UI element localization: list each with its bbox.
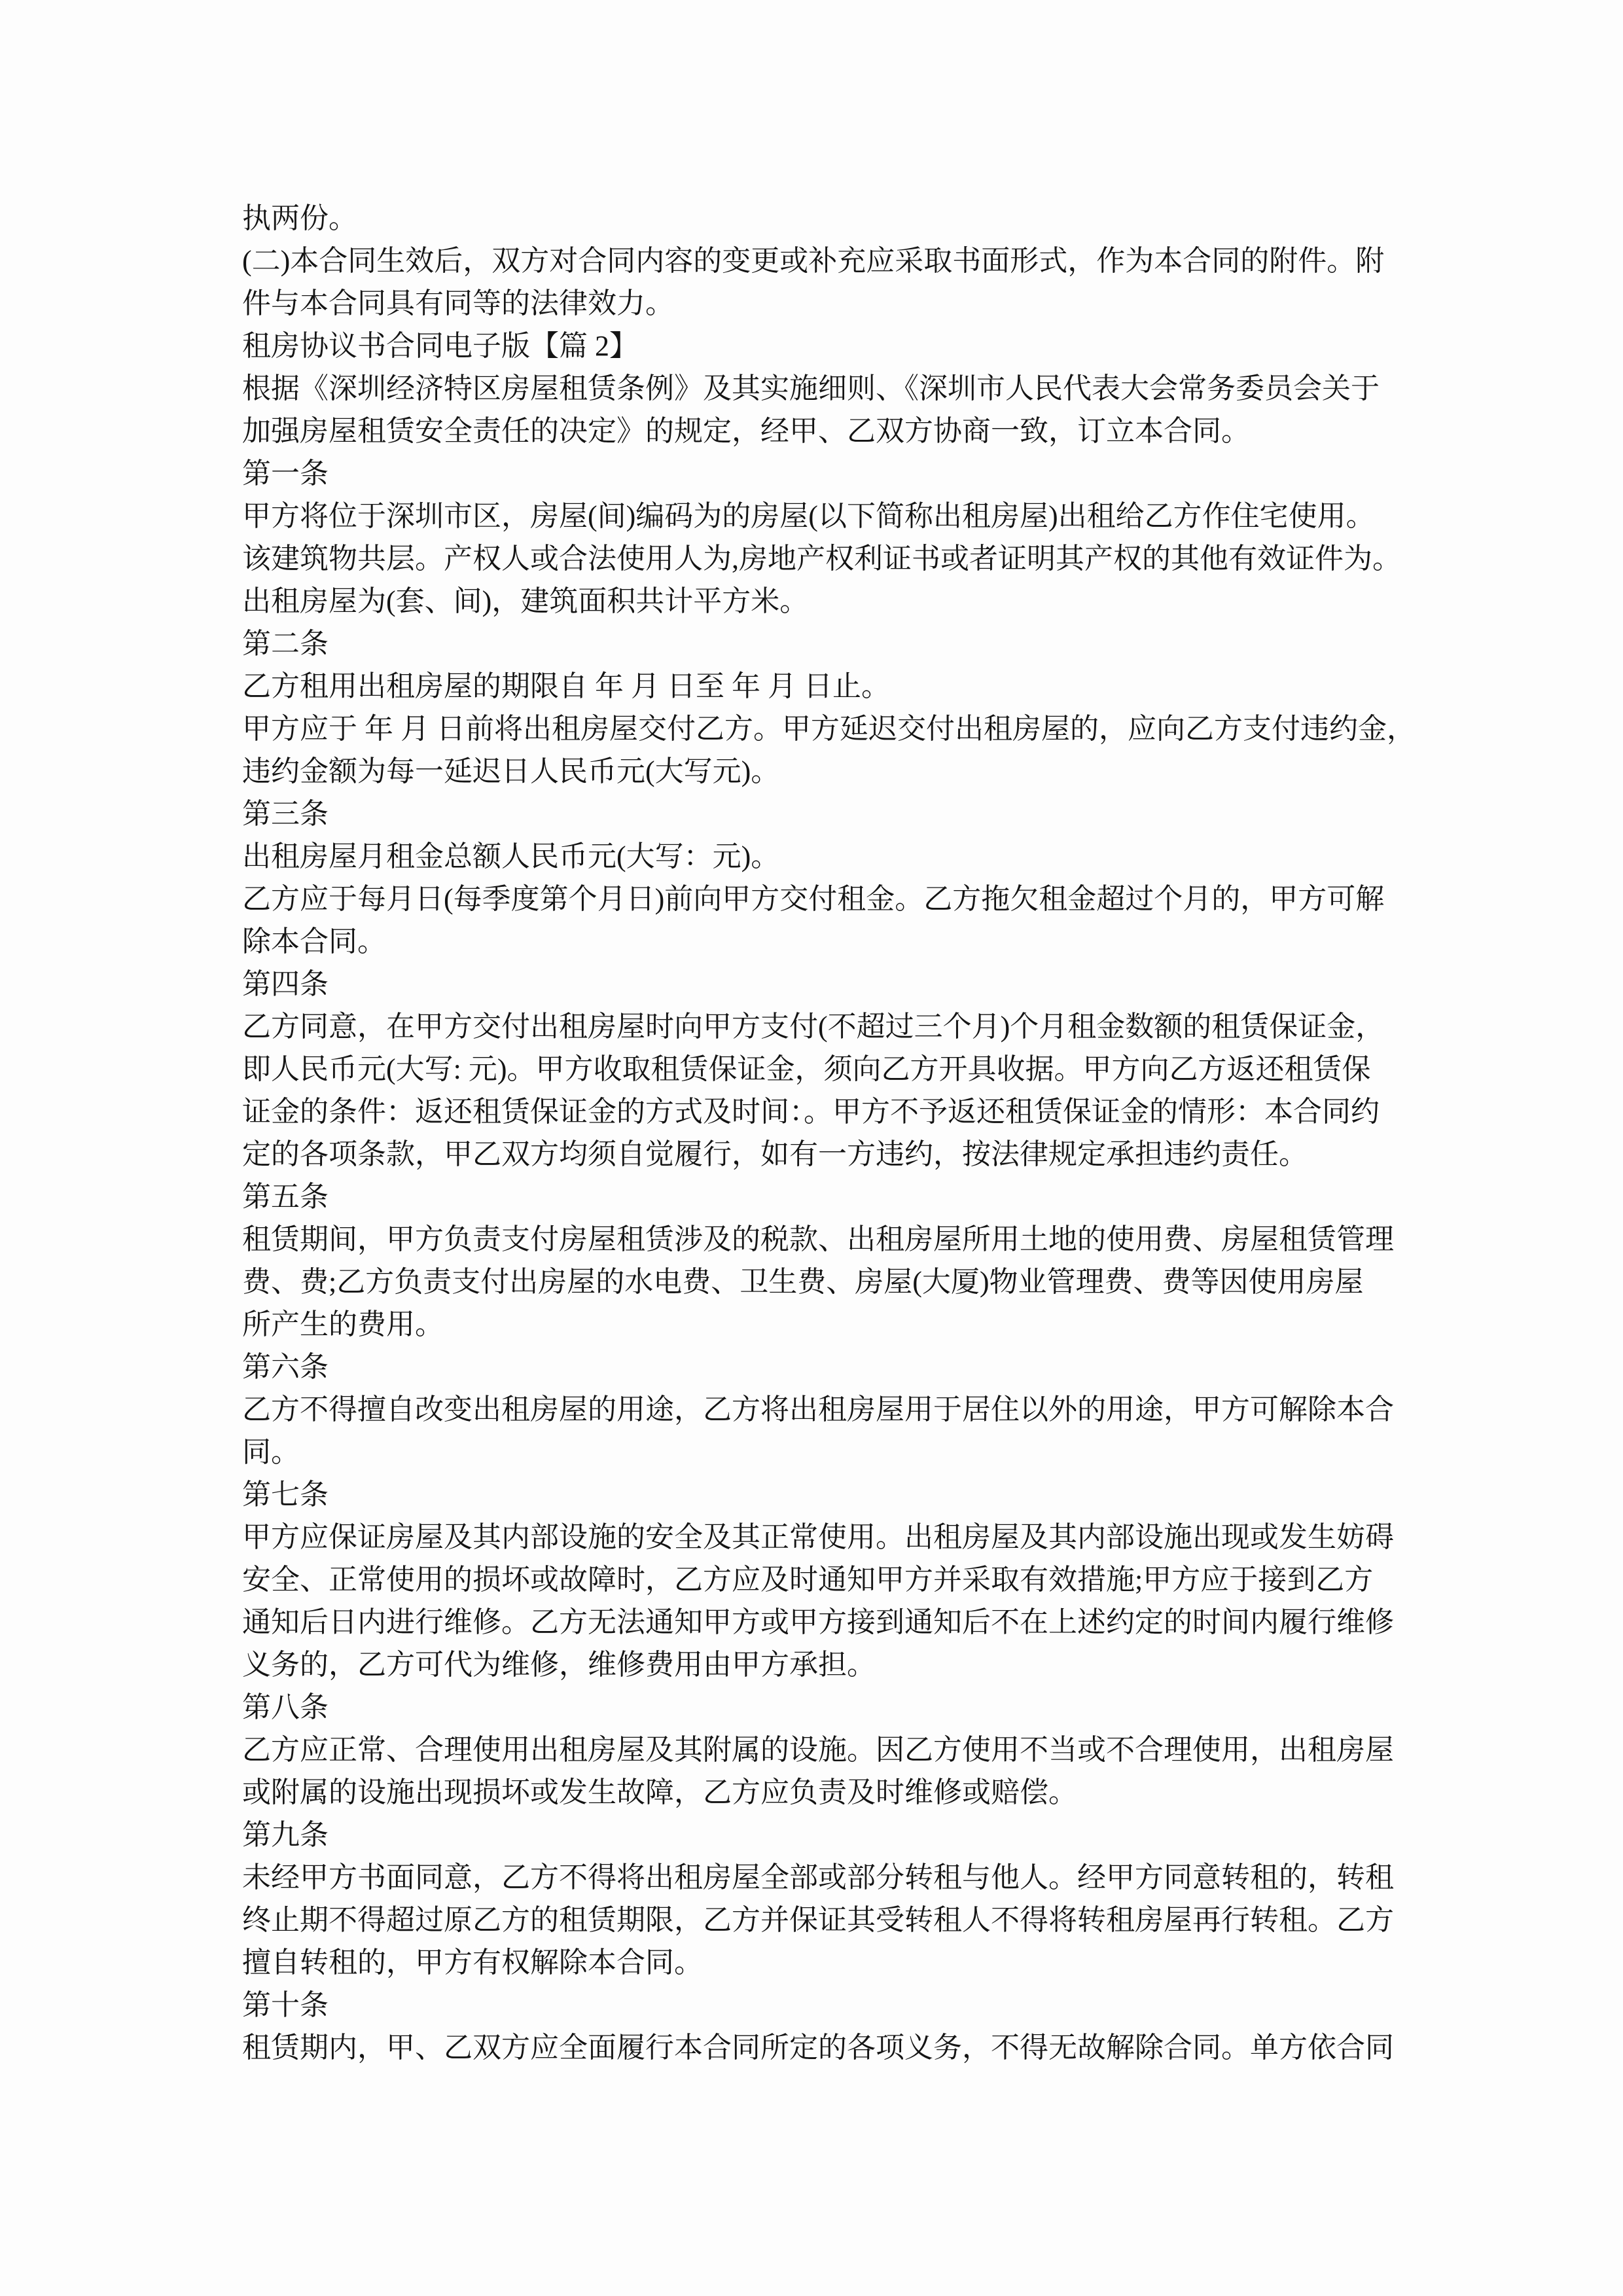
contract-text-line: 加强房屋租赁安全责任的决定》的规定，经甲、乙双方协商一致，订立本合同。 <box>242 410 1407 452</box>
contract-text-line: 第九条 <box>242 1814 1407 1856</box>
contract-text-line: 即人民币元(大写: 元)。甲方收取租赁保证金，须向乙方开具收据。甲方向乙方返还租… <box>242 1048 1407 1090</box>
contract-text-line: 第一条 <box>242 452 1407 495</box>
contract-text-line: 费、费;乙方负责支付出房屋的水电费、卫生费、房屋(大厦)物业管理费、费等因使用房… <box>242 1261 1407 1303</box>
contract-text-line: 甲方将位于深圳市区，房屋(间)编码为的房屋(以下简称出租房屋)出租给乙方作住宅使… <box>242 495 1407 537</box>
contract-text-line: 乙方应正常、合理使用出租房屋及其附属的设施。因乙方使用不当或不合理使用，出租房屋 <box>242 1729 1407 1771</box>
contract-text-line: 终止期不得超过原乙方的租赁期限，乙方并保证其受转租人不得将转租房屋再行转租。乙方 <box>242 1899 1407 1941</box>
contract-document-page: 执两份。(二)本合同生效后，双方对合同内容的变更或补充应采取书面形式，作为本合同… <box>0 0 1623 2296</box>
contract-text-line: 件与本合同具有同等的法律效力。 <box>242 282 1407 325</box>
contract-text-line: 第三条 <box>242 793 1407 835</box>
contract-text-line: 第八条 <box>242 1686 1407 1729</box>
contract-text-line: 甲方应于 年 月 日前将出租房屋交付乙方。甲方延迟交付出租房屋的，应向乙方支付违… <box>242 708 1407 750</box>
contract-text-line: 证金的条件：返还租赁保证金的方式及时间：。甲方不予返还租赁保证金的情形：本合同约 <box>242 1090 1407 1133</box>
contract-text-line: 同。 <box>242 1431 1407 1473</box>
contract-text-block: 执两份。(二)本合同生效后，双方对合同内容的变更或补充应采取书面形式，作为本合同… <box>242 197 1407 2069</box>
contract-text-line: 根据《深圳经济特区房屋租赁条例》及其实施细则、《深圳市人民代表大会常务委员会关于 <box>242 367 1407 410</box>
contract-text-line: 擅自转租的，甲方有权解除本合同。 <box>242 1941 1407 1984</box>
contract-text-line: 义务的，乙方可代为维修，维修费用由甲方承担。 <box>242 1643 1407 1686</box>
contract-text-line: 出租房屋月租金总额人民币元(大写：元)。 <box>242 835 1407 878</box>
contract-text-line: 通知后日内进行维修。乙方无法通知甲方或甲方接到通知后不在上述约定的时间内履行维修 <box>242 1601 1407 1643</box>
contract-text-line: 乙方不得擅自改变出租房屋的用途，乙方将出租房屋用于居住以外的用途，甲方可解除本合 <box>242 1388 1407 1431</box>
contract-text-line: 甲方应保证房屋及其内部设施的安全及其正常使用。出租房屋及其内部设施出现或发生妨碍 <box>242 1516 1407 1558</box>
contract-text-line: 乙方租用出租房屋的期限自 年 月 日至 年 月 日止。 <box>242 665 1407 708</box>
contract-text-line: 第六条 <box>242 1346 1407 1388</box>
contract-text-line: (二)本合同生效后，双方对合同内容的变更或补充应采取书面形式，作为本合同的附件。… <box>242 240 1407 282</box>
contract-text-line: 第四条 <box>242 963 1407 1005</box>
contract-text-line: 安全、正常使用的损坏或故障时，乙方应及时通知甲方并采取有效措施;甲方应于接到乙方 <box>242 1558 1407 1601</box>
contract-text-line: 违约金额为每一延迟日人民币元(大写元)。 <box>242 750 1407 793</box>
contract-text-line: 租赁期间，甲方负责支付房屋租赁涉及的税款、出租房屋所用土地的使用费、房屋租赁管理 <box>242 1218 1407 1261</box>
contract-text-line: 执两份。 <box>242 197 1407 240</box>
contract-text-line: 该建筑物共层。产权人或合法使用人为,房地产权利证书或者证明其产权的其他有效证件为… <box>242 537 1407 580</box>
contract-text-line: 第二条 <box>242 622 1407 665</box>
contract-text-line: 乙方应于每月日(每季度第个月日)前向甲方交付租金。乙方拖欠租金超过个月的，甲方可… <box>242 878 1407 920</box>
contract-text-line: 租房协议书合同电子版【篇 2】 <box>242 325 1407 367</box>
contract-text-line: 除本合同。 <box>242 920 1407 963</box>
contract-text-line: 租赁期内，甲、乙双方应全面履行本合同所定的各项义务，不得无故解除合同。单方依合同 <box>242 2026 1407 2069</box>
contract-text-line: 或附属的设施出现损坏或发生故障，乙方应负责及时维修或赔偿。 <box>242 1771 1407 1814</box>
contract-text-line: 第五条 <box>242 1175 1407 1218</box>
contract-text-line: 未经甲方书面同意，乙方不得将出租房屋全部或部分转租与他人。经甲方同意转租的，转租 <box>242 1856 1407 1899</box>
contract-text-line: 所产生的费用。 <box>242 1303 1407 1346</box>
contract-text-line: 定的各项条款，甲乙双方均须自觉履行，如有一方违约，按法律规定承担违约责任。 <box>242 1133 1407 1175</box>
contract-text-line: 第七条 <box>242 1473 1407 1516</box>
contract-text-line: 第十条 <box>242 1984 1407 2026</box>
contract-text-line: 出租房屋为(套、间)，建筑面积共计平方米。 <box>242 580 1407 622</box>
contract-text-line: 乙方同意，在甲方交付出租房屋时向甲方支付(不超过三个月)个月租金数额的租赁保证金… <box>242 1005 1407 1048</box>
